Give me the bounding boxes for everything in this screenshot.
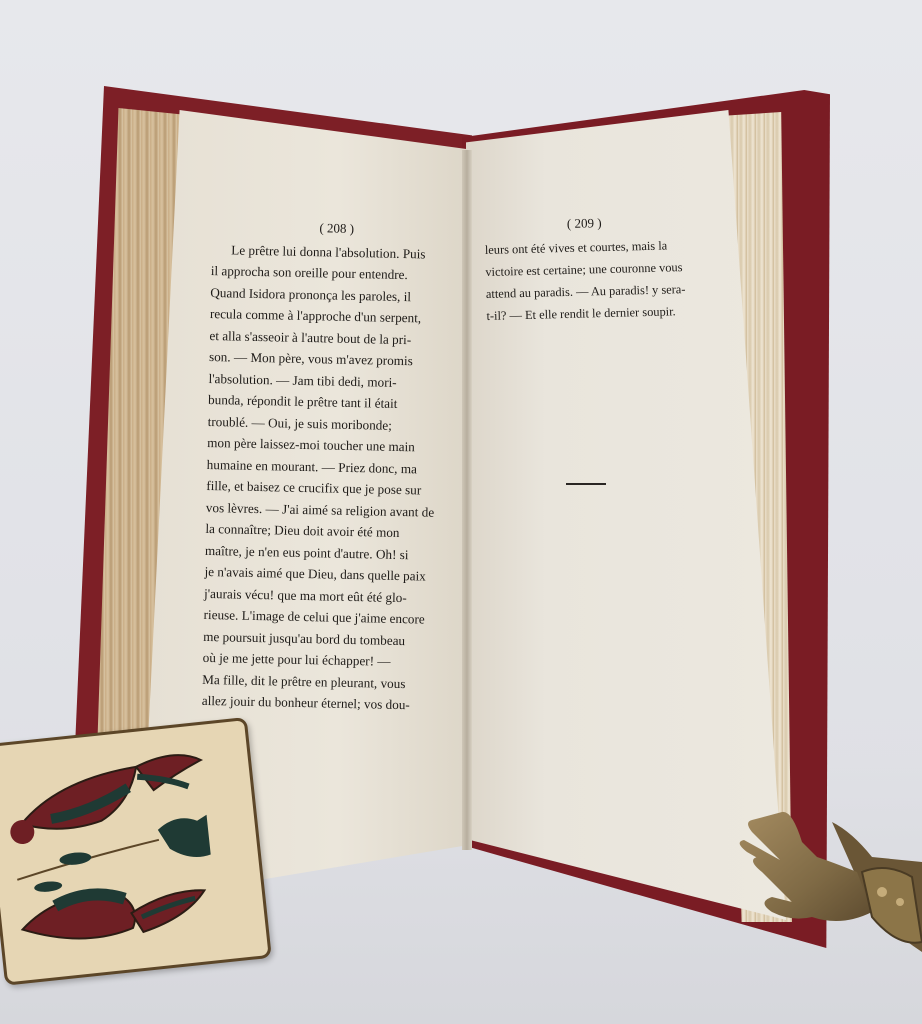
left-page-text: ( 208 ) Le prêtre lui donna l'absolution… [202,215,462,717]
right-page-text: ( 209 ) leurs ont été vives et courtes, … [484,210,687,327]
enamel-box [0,717,272,986]
brass-hand-icon [722,802,922,962]
book-gutter [462,150,472,850]
bird-vase-motif-icon [0,720,269,982]
chapter-end-rule [566,483,606,485]
photo-scene: ( 208 ) Le prêtre lui donna l'absolution… [0,0,922,1024]
brass-hand-bookend [722,802,922,962]
page-number-left: ( 208 ) [212,215,462,242]
page-number-right: ( 209 ) [484,210,684,237]
